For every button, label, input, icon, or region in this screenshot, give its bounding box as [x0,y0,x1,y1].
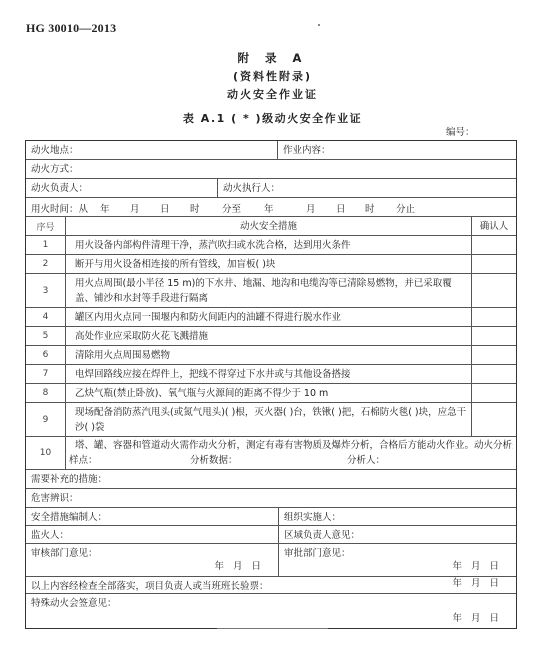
fire-watch-row: 监火人： 区域负责人意见： [26,526,516,544]
location-row: 动火地点： 作业内容： [26,141,516,160]
fire-watch-field[interactable]: 监火人： [26,526,278,543]
confirm-field[interactable] [471,384,516,402]
check-row[interactable]: 以上内容经检查全部落实，项目负责人或当班班长验票： 年月日 [26,577,516,594]
measure-row: 1 用火设备内部构件清理干净，蒸汽吹扫或水洗合格，达到用火条件 [26,236,516,255]
confirm-field[interactable] [471,308,516,326]
measure-no: 3 [26,274,65,307]
measure-text: 罐区内用火点同一围堰内和防火间距内的油罐不得进行脱水作业 [65,308,471,326]
measures-header-row: 序号 动火安全措施 确认人 [26,217,516,236]
time-row[interactable]: 用火时间：从 年 月 日 时 分至 年 月 日 时 分止 [26,198,516,217]
measure-text: 现场配备消防蒸汽甩头(或氮气甩头)( )根，灭火器( )台，铁锹( )把，石棉防… [65,403,471,436]
confirm-field[interactable] [471,274,516,307]
special-row[interactable]: 特殊动火会签意见： 年月日 [26,594,516,628]
compiler-field[interactable]: 安全措施编制人： [26,508,278,525]
appendix-type: (资料性附录) [0,68,545,84]
measure-row: 8 乙炔气瓶(禁止卧放)、氧气瓶与火源间的距离不得少于 10 m [26,384,516,403]
time-month-to: 月 [306,201,316,215]
extra-measures-row[interactable]: 需要补充的措施： [26,470,516,489]
time-day-from: 日 [160,201,170,215]
approve-date: 年月日 [452,559,508,574]
measure-row: 2 断开与用火设备相连接的所有管线，加盲板( )块 [26,255,516,274]
supervisor-label: 动火负责人： [31,183,88,194]
dept-opinion-row: 审核部门意见： 年月日 审批部门意见： 年月日 [26,544,516,577]
col-no-header: 序号 [26,217,65,235]
analyst-label: 分析人： [347,453,385,468]
measure-row: 5 高处作业应采取防火花飞溅措施 [26,327,516,346]
check-date: 年月日 [452,576,508,591]
extra-measures-label: 需要补充的措施： [26,470,516,488]
measure-text: 电焊回路线应接在焊件上，把线不得穿过下水井或与其他设备搭接 [65,365,471,383]
hazard-row[interactable]: 危害辨识： [26,489,516,508]
measure-row: 9 现场配备消防蒸汽甩头(或氮气甩头)( )根，灭火器( )台，铁锹( )把，石… [26,403,516,437]
confirm-field[interactable] [471,327,516,345]
personnel-row: 动火负责人： 动火执行人： [26,179,516,198]
scan-artifact [318,24,320,26]
measure-text: 乙炔气瓶(禁止卧放)、氧气瓶与火源间的距离不得少于 10 m [65,384,471,402]
review-date: 年月日 [214,559,270,574]
content-label: 作业内容： [283,145,331,156]
measure-text: 用火点周围(最小半径 15 m)的下水井、地漏、地沟和电缆沟等已清除易燃物，并已… [65,274,471,307]
hot-work-permit-table: 动火地点： 作业内容： 动火方式： 动火负责人： 动火执行人： 用火时间：从 年… [25,140,517,629]
measure-no: 7 [26,365,65,383]
standard-code: HG 30010—2013 [26,21,116,36]
measure-no: 4 [26,308,65,326]
compiler-row: 安全措施编制人： 组织实施人： [26,508,516,526]
serial-number-label: 编号： [446,124,475,138]
confirm-field[interactable] [471,255,516,273]
time-year-from: 年 [100,201,110,215]
area-manager-label: 区域负责人意见： [284,530,360,541]
implementer-label: 组织实施人： [284,512,341,523]
time-label: 用火时间：从 [31,201,88,215]
measure-no: 2 [26,255,65,273]
measure-row-analysis: 10 塔、罐、容器和管道动火需作动火分析，测定有毒有害物质及爆炸分析，合格后方能… [26,437,516,470]
area-manager-field[interactable]: 区域负责人意见： [278,526,516,543]
measure-text: 断开与用火设备相连接的所有管线，加盲板( )块 [65,255,471,273]
measure-text: 塔、罐、容器和管道动火需作动火分析，测定有毒有害物质及爆炸分析，合格后方能动火作… [65,437,516,469]
time-year-to: 年 [264,201,274,215]
measure-no: 8 [26,384,65,402]
hazard-label: 危害辨识： [26,489,516,507]
measure-text: 清除用火点周围易燃物 [65,346,471,364]
measure-text: 高处作业应采取防火花飞溅措施 [65,327,471,345]
implementer-field[interactable]: 组织实施人： [278,508,516,525]
method-label: 动火方式： [31,164,79,175]
measure-row: 7 电焊回路线应接在焊件上，把线不得穿过下水井或与其他设备搭接 [26,365,516,384]
approve-dept-label: 审批部门意见： [284,548,351,559]
measure-row: 6 清除用火点周围易燃物 [26,346,516,365]
analysis-requirement: 塔、罐、容器和管道动火需作动火分析，测定有毒有害物质及爆炸分析，合格后方能动火作… [75,438,513,453]
location-label: 动火地点： [31,145,79,156]
review-dept-field[interactable]: 审核部门意见： 年月日 [26,544,278,576]
end-of-document-rule [217,628,328,629]
fire-watch-label: 监火人： [31,530,69,541]
measure-row: 4 罐区内用火点同一围堰内和防火间距内的油罐不得进行脱水作业 [26,308,516,327]
special-date: 年月日 [452,611,508,626]
measure-no: 6 [26,346,65,364]
measure-text: 用火设备内部构件清理干净，蒸汽吹扫或水洗合格，达到用火条件 [65,236,471,254]
confirm-field[interactable] [471,346,516,364]
time-month-from: 月 [130,201,140,215]
compiler-label: 安全措施编制人： [31,512,107,523]
col-measure-header: 动火安全措施 [65,217,471,235]
approve-dept-field[interactable]: 审批部门意见： 年月日 [278,544,516,576]
executor-label: 动火执行人： [223,183,280,194]
special-field: 特殊动火会签意见： 年月日 [26,594,516,628]
sample-point-label: 样点： [69,453,98,468]
check-field: 以上内容经检查全部落实，项目负责人或当班班长验票： 年月日 [26,577,516,593]
supervisor-field[interactable]: 动火负责人： [26,179,217,197]
location-field[interactable]: 动火地点： [26,141,277,159]
content-field[interactable]: 作业内容： [277,141,516,159]
measure-row: 3 用火点周围(最小半径 15 m)的下水井、地漏、地沟和电缆沟等已清除易燃物，… [26,274,516,308]
executor-field[interactable]: 动火执行人： [217,179,516,197]
col-confirm-header: 确认人 [471,217,516,235]
time-day-to: 日 [336,201,346,215]
measure-no: 9 [26,403,65,436]
appendix-heading: 附 录 A [0,50,545,66]
method-row: 动火方式： [26,160,516,179]
measure-no: 1 [26,236,65,254]
measure-no: 10 [26,437,65,469]
special-label: 特殊动火会签意见： [31,598,117,609]
analysis-data-label: 分析数据： [190,453,238,468]
confirm-field[interactable] [471,236,516,254]
confirm-field[interactable] [471,403,516,436]
time-hour-from: 时 [190,201,200,215]
method-field[interactable]: 动火方式： [26,160,516,178]
review-dept-label: 审核部门意见： [31,548,98,559]
time-minute-to: 分至 [222,201,241,215]
time-minute-end: 分止 [396,201,415,215]
confirm-field[interactable] [471,365,516,383]
time-hour-to: 时 [365,201,375,215]
measure-no: 5 [26,327,65,345]
check-label: 以上内容经检查全部落实，项目负责人或当班班长验票： [31,581,269,592]
document-title: 动火安全作业证 [0,86,545,102]
